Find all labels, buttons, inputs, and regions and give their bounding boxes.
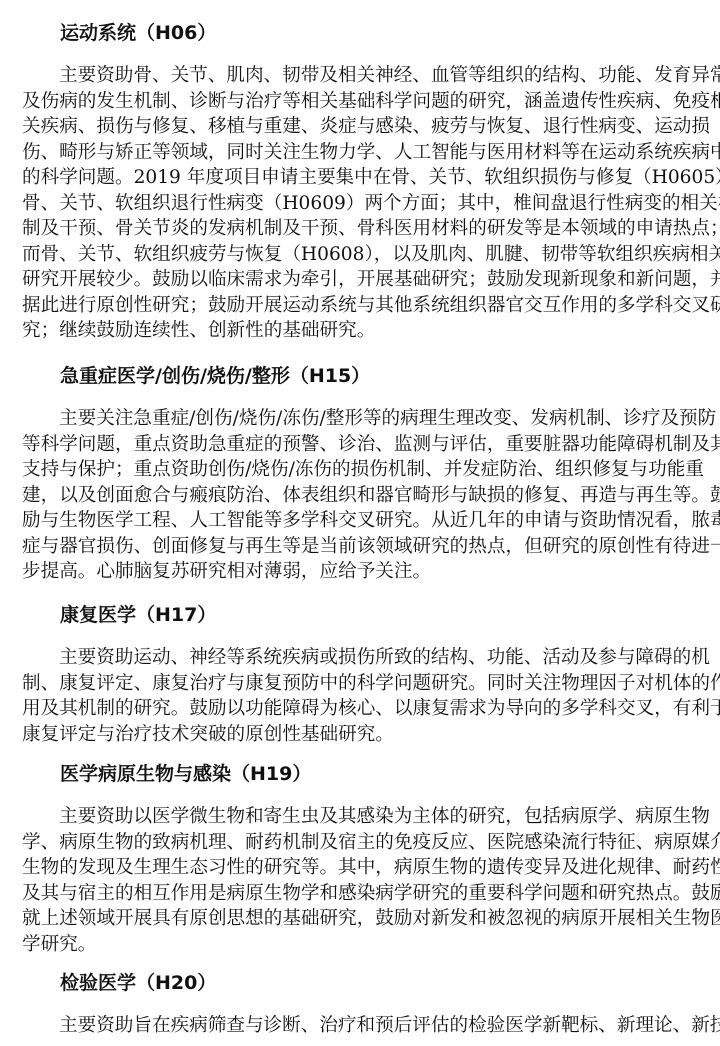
paragraph-line: 制及干预、骨关节炎的发病机制及干预、骨科医用材料的研发等是本领域的申请热点； <box>22 216 698 242</box>
section-h19: 医学病原生物与感染（H19） 主要资助以医学微生物和寄生虫及其感染为主体的研究，… <box>22 762 698 957</box>
section-heading: 检验医学（H20） <box>22 971 698 995</box>
section-heading: 急重症医学/创伤/烧伤/整形（H15） <box>22 364 698 388</box>
paragraph-line: 支持与保护；重点资助创伤/烧伤/冻伤的损伤机制、并发症防治、组织修复与功能重 <box>22 457 698 483</box>
section-h06: 运动系统（H06） 主要资助骨、关节、肌肉、韧带及相关神经、血管等组织的结构、功… <box>22 21 698 344</box>
section-heading: 运动系统（H06） <box>22 21 698 45</box>
section-paragraph: 主要资助以医学微生物和寄生虫及其感染为主体的研究，包括病原学、病原生物 学、病原… <box>22 804 698 957</box>
paragraph-line: 就上述领域开展具有原创思想的基础研究，鼓励对新发和被忽视的病原开展相关生物医 <box>22 906 698 932</box>
paragraph-line: 主要资助骨、关节、肌肉、韧带及相关神经、血管等组织的结构、功能、发育异常 <box>22 63 698 89</box>
paragraph-line: 主要关注急重症/创伤/烧伤/冻伤/整形等的病理生理改变、发病机制、诊疗及预防 <box>22 406 698 432</box>
section-heading: 医学病原生物与感染（H19） <box>22 762 698 786</box>
paragraph-line: 生物的发现及生理生态习性的研究等。其中，病原生物的遗传变异及进化规律、耐药性 <box>22 855 698 881</box>
paragraph-line: 主要资助以医学微生物和寄生虫及其感染为主体的研究，包括病原学、病原生物 <box>22 804 698 830</box>
paragraph-line: 等科学问题，重点资助急重症的预警、诊治、监测与评估，重要脏器功能障碍机制及其 <box>22 432 698 458</box>
paragraph-line: 究；继续鼓励连续性、创新性的基础研究。 <box>22 318 698 344</box>
paragraph-line: 研究开展较少。鼓励以临床需求为牵引，开展基础研究；鼓励发现新现象和新问题，并 <box>22 267 698 293</box>
section-h17: 康复医学（H17） 主要资助运动、神经等系统疾病或损伤所致的结构、功能、活动及参… <box>22 603 698 747</box>
section-heading: 康复医学（H17） <box>22 603 698 627</box>
document-page: 运动系统（H06） 主要资助骨、关节、肌肉、韧带及相关神经、血管等组织的结构、功… <box>0 0 720 1046</box>
paragraph-line: 主要资助运动、神经等系统疾病或损伤所致的结构、功能、活动及参与障碍的机 <box>22 645 698 671</box>
paragraph-line: 而骨、关节、软组织疲劳与恢复（H0608），以及肌肉、肌腱、韧带等软组织疾病相关 <box>22 242 698 268</box>
paragraph-line: 康复评定与治疗技术突破的原创性基础研究。 <box>22 722 698 748</box>
section-h15: 急重症医学/创伤/烧伤/整形（H15） 主要关注急重症/创伤/烧伤/冻伤/整形等… <box>22 364 698 585</box>
paragraph-line: 学、病原生物的致病机理、耐药机制及宿主的免疫反应、医院感染流行特征、病原媒介 <box>22 830 698 856</box>
paragraph-line: 及其与宿主的相互作用是病原生物学和感染病学研究的重要科学问题和研究热点。鼓励 <box>22 881 698 907</box>
paragraph-line: 励与生物医学工程、人工智能等多学科交叉研究。从近几年的申请与资助情况看，脓毒 <box>22 508 698 534</box>
paragraph-line: 伤、畸形与矫正等领域，同时关注生物力学、人工智能与医用材料等在运动系统疾病中 <box>22 140 698 166</box>
paragraph-line: 骨、关节、软组织退行性病变（H0609）两个方面；其中，椎间盘退行性病变的相关机 <box>22 191 698 217</box>
paragraph-line: 据此进行原创性研究；鼓励开展运动系统与其他系统组织器官交互作用的多学科交叉研 <box>22 293 698 319</box>
paragraph-line: 的科学问题。2019 年度项目申请主要集中在骨、关节、软组织损伤与修复（H060… <box>22 165 698 191</box>
section-paragraph: 主要资助旨在疾病筛查与诊断、治疗和预后评估的检验医学新靶标、新理论、新技 <box>22 1013 698 1039</box>
paragraph-line: 制、康复评定、康复治疗与康复预防中的科学问题研究。同时关注物理因子对机体的作 <box>22 671 698 697</box>
paragraph-line: 学研究。 <box>22 932 698 958</box>
paragraph-line: 建，以及创面愈合与瘢痕防治、体表组织和器官畸形与缺损的修复、再造与再生等。鼓 <box>22 483 698 509</box>
section-paragraph: 主要资助骨、关节、肌肉、韧带及相关神经、血管等组织的结构、功能、发育异常 及伤病… <box>22 63 698 344</box>
paragraph-line: 步提高。心肺脑复苏研究相对薄弱，应给予关注。 <box>22 559 698 585</box>
paragraph-line: 症与器官损伤、创面修复与再生等是当前该领域研究的热点，但研究的原创性有待进一 <box>22 534 698 560</box>
paragraph-line: 主要资助旨在疾病筛查与诊断、治疗和预后评估的检验医学新靶标、新理论、新技 <box>22 1013 698 1039</box>
paragraph-line: 关疾病、损伤与修复、移植与重建、炎症与感染、疲劳与恢复、退行性病变、运动损 <box>22 114 698 140</box>
paragraph-line: 用及其机制的研究。鼓励以功能障碍为核心、以康复需求为导向的多学科交叉，有利于 <box>22 696 698 722</box>
paragraph-line: 及伤病的发生机制、诊断与治疗等相关基础科学问题的研究，涵盖遗传性疾病、免疫相 <box>22 89 698 115</box>
section-paragraph: 主要关注急重症/创伤/烧伤/冻伤/整形等的病理生理改变、发病机制、诊疗及预防 等… <box>22 406 698 585</box>
section-paragraph: 主要资助运动、神经等系统疾病或损伤所致的结构、功能、活动及参与障碍的机 制、康复… <box>22 645 698 747</box>
section-h20: 检验医学（H20） 主要资助旨在疾病筛查与诊断、治疗和预后评估的检验医学新靶标、… <box>22 971 698 1039</box>
